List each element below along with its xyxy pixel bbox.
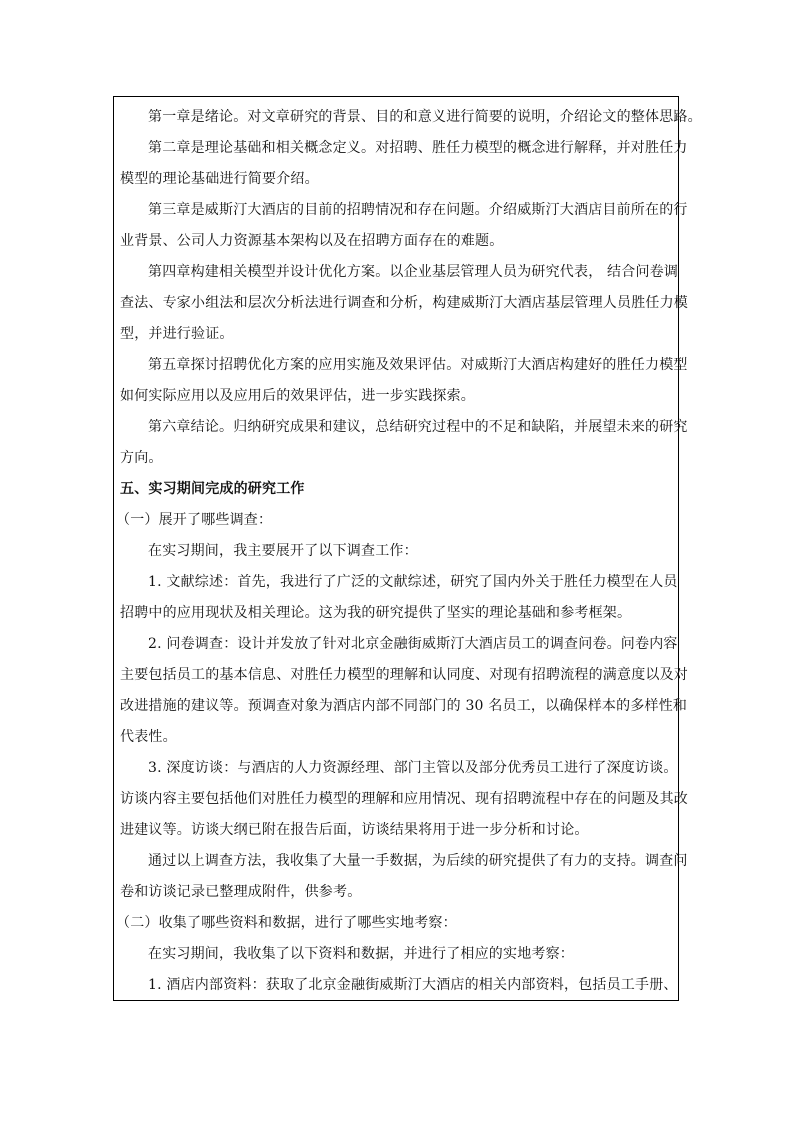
summary-line-1: 通过以上调查方法，我收集了大量一手数据，为后续的研究提供了有力的支持。调查问 xyxy=(120,846,672,877)
chapter-5-line-2: 如何实际应用以及应用后的效果评估，进一步实践探索。 xyxy=(120,381,672,412)
item-1-line-1: 1. 文献综述：首先，我进行了广泛的文献综述，研究了国内外关于胜任力模型在人员 xyxy=(120,567,672,598)
chapter-1-line-1: 第一章是绪论。对文章研究的背景、目的和意义进行简要的说明，介绍论文的整体思路。 xyxy=(120,102,672,133)
item-1-line-2: 招聘中的应用现状及相关理论。这为我的研究提供了坚实的理论基础和参考框架。 xyxy=(120,598,672,629)
subsection-2-title: （二）收集了哪些资料和数据，进行了哪些实地考察： xyxy=(116,908,672,939)
item-2-line-4: 代表性。 xyxy=(120,722,672,753)
chapter-4-line-3: 型，并进行验证。 xyxy=(120,319,672,350)
subsection-1-intro: 在实习期间，我主要展开了以下调查工作： xyxy=(120,536,672,567)
chapter-2-line-1: 第二章是理论基础和相关概念定义。对招聘、胜任力模型的概念进行解释，并对胜任力 xyxy=(120,133,672,164)
item-3-line-3: 进建议等。访谈大纲已附在报告后面，访谈结果将用于进一步分析和讨论。 xyxy=(120,815,672,846)
item-3-line-1: 3. 深度访谈：与酒店的人力资源经理、部门主管以及部分优秀员工进行了深度访谈。 xyxy=(120,753,672,784)
item-2-line-3: 改进措施的建议等。预调查对象为酒店内部不同部门的 30 名员工，以确保样本的多样… xyxy=(120,691,672,722)
section-heading: 五、实习期间完成的研究工作 xyxy=(120,474,672,505)
sub2-item-1-line-1: 1. 酒店内部资料：获取了北京金融街威斯汀大酒店的相关内部资料，包括员工手册、 xyxy=(120,970,672,1001)
chapter-3-line-2: 业背景、公司人力资源基本架构以及在招聘方面存在的难题。 xyxy=(120,226,672,257)
chapter-4-line-2: 查法、专家小组法和层次分析法进行调查和分析，构建威斯汀大酒店基层管理人员胜任力模 xyxy=(120,288,672,319)
item-3-line-2: 访谈内容主要包括他们对胜任力模型的理解和应用情况、现有招聘流程中存在的问题及其改 xyxy=(120,784,672,815)
item-2-line-1: 2. 问卷调查：设计并发放了针对北京金融街威斯汀大酒店员工的调查问卷。问卷内容 xyxy=(120,629,672,660)
chapter-5-line-1: 第五章探讨招聘优化方案的应用实施及效果评估。对威斯汀大酒店构建好的胜任力模型 xyxy=(120,350,672,381)
report-table-cell: 第一章是绪论。对文章研究的背景、目的和意义进行简要的说明，介绍论文的整体思路。 … xyxy=(113,96,679,1001)
item-2-line-2: 主要包括员工的基本信息、对胜任力模型的理解和认同度、对现有招聘流程的满意度以及对 xyxy=(120,660,672,691)
chapter-6-line-2: 方向。 xyxy=(120,443,672,474)
summary-line-2: 卷和访谈记录已整理成附件，供参考。 xyxy=(120,877,672,908)
subsection-2-intro: 在实习期间，我收集了以下资料和数据，并进行了相应的实地考察： xyxy=(120,939,672,970)
chapter-2-line-2: 模型的理论基础进行简要介绍。 xyxy=(120,164,672,195)
chapter-6-line-1: 第六章结论。归纳研究成果和建议，总结研究过程中的不足和缺陷，并展望未来的研究 xyxy=(120,412,672,443)
chapter-4-line-1: 第四章构建相关模型并设计优化方案。以企业基层管理人员为研究代表， 结合问卷调 xyxy=(120,257,672,288)
subsection-1-title: （一）展开了哪些调查： xyxy=(116,505,672,536)
chapter-3-line-1: 第三章是威斯汀大酒店的目前的招聘情况和存在问题。介绍威斯汀大酒店目前所在的行 xyxy=(120,195,672,226)
